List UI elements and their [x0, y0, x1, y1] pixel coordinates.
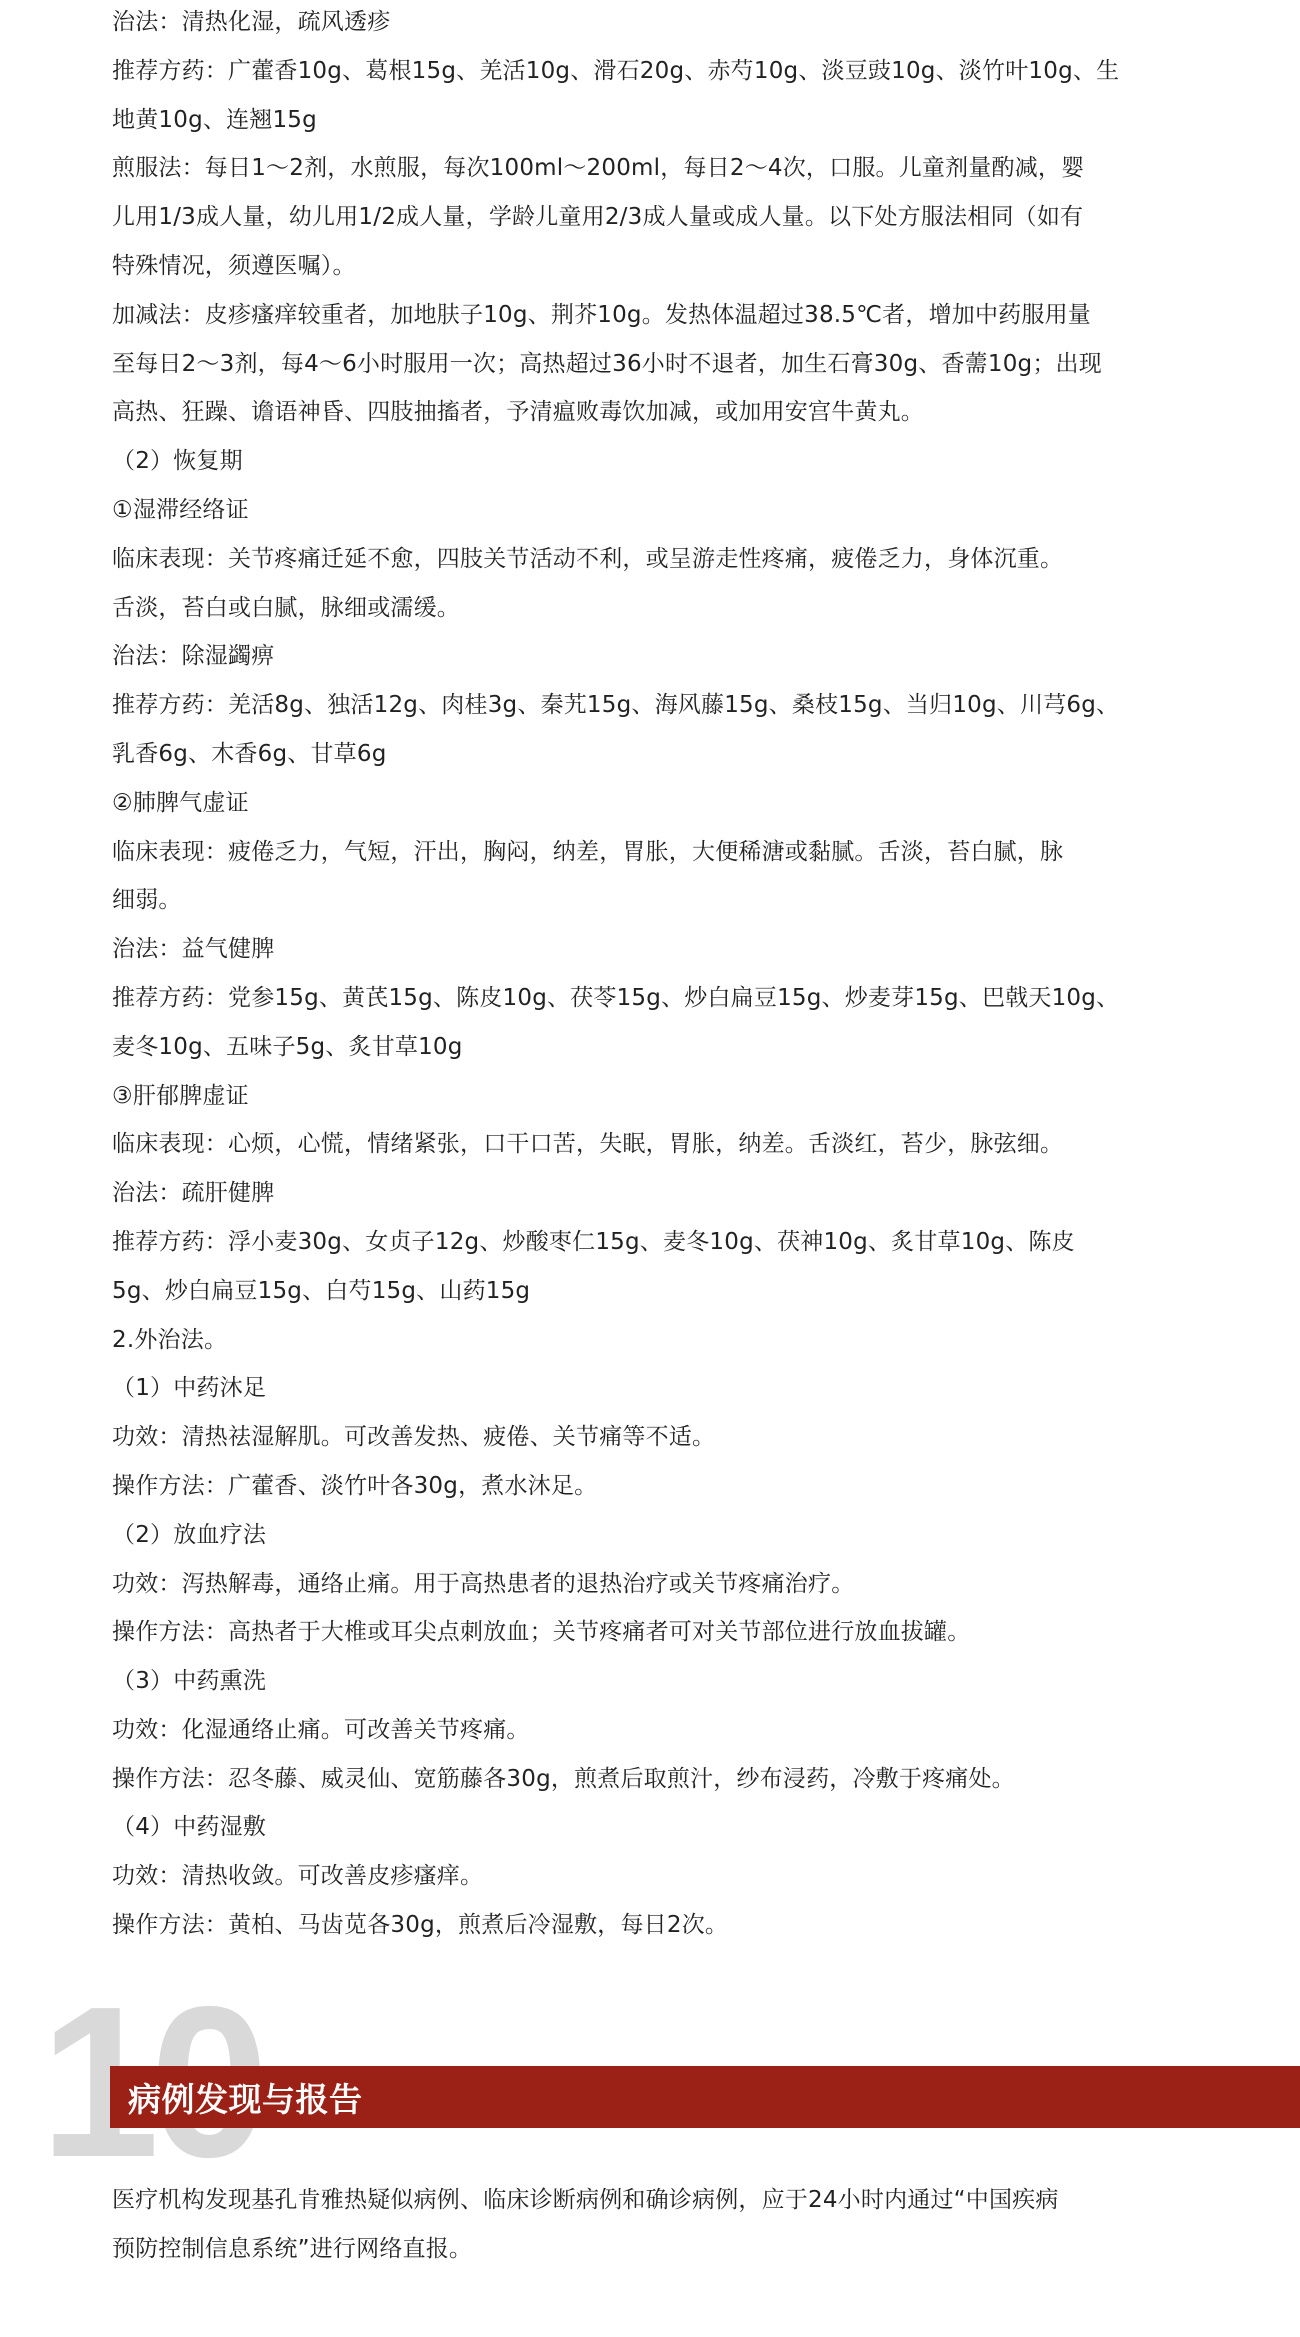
- text-line-efficacy: 功效：泻热解毒，通络止痛。用于高热患者的退热治疗或关节疼痛治疗。: [112, 1560, 1212, 1609]
- report-text: 医疗机构发现基孔肯雅热疑似病例、临床诊断病例和确诊病例，应于24小时内通过“中国…: [112, 2176, 1212, 2274]
- text-line-efficacy: 功效：化湿通络止痛。可改善关节疼痛。: [112, 1706, 1212, 1755]
- subheading-wet-compress: （4）中药湿敷: [112, 1803, 1212, 1852]
- text-line-efficacy: 功效：清热祛湿解肌。可改善发热、疲倦、关节痛等不适。: [112, 1413, 1212, 1462]
- text-line-clinical-manifestation: 临床表现：疲倦乏力，气短，汗出，胸闷，纳差，胃胀，大便稀溏或黏腻。舌淡，苔白腻，…: [112, 828, 1212, 877]
- text-line-decoction-method: 煎服法：每日1～2剂，水煎服，每次100ml～200ml，每日2～4次，口服。儿…: [112, 144, 1212, 193]
- text-line: 至每日2～3剂，每4～6小时服用一次；高热超过36小时不退者，加生石膏30g、香…: [112, 340, 1212, 389]
- text-line-treatment-principle: 治法：疏肝健脾: [112, 1169, 1212, 1218]
- text-line: 特殊情况，须遵医嘱）。: [112, 242, 1212, 291]
- text-line-prescription: 推荐方药：羌活8g、独活12g、肉桂3g、秦艽15g、海风藤15g、桑枝15g、…: [112, 681, 1212, 730]
- subheading-bloodletting: （2）放血疗法: [112, 1511, 1212, 1560]
- text-line: 麦冬10g、五味子5g、炙甘草10g: [112, 1023, 1212, 1072]
- treatment-text: 治法：清热化湿，疏风透疹 推荐方药：广藿香10g、葛根15g、羌活10g、滑石2…: [112, 0, 1212, 1950]
- text-line-efficacy: 功效：清热收敛。可改善皮疹瘙痒。: [112, 1852, 1212, 1901]
- text-line-operation-method: 操作方法：黄柏、马齿苋各30g，煎煮后冷湿敷，每日2次。: [112, 1901, 1212, 1950]
- text-line-modification: 加减法：皮疹瘙痒较重者，加地肤子10g、荆芥10g。发热体温超过38.5℃者，增…: [112, 291, 1212, 340]
- subheading-fumigation: （3）中药熏洗: [112, 1657, 1212, 1706]
- text-line-prescription: 推荐方药：党参15g、黄芪15g、陈皮10g、茯苓15g、炒白扁豆15g、炒麦芽…: [112, 974, 1212, 1023]
- subheading-foot-bath: （1）中药沐足: [112, 1364, 1212, 1413]
- text-line: 高热、狂躁、谵语神昏、四肢抽搐者，予清瘟败毒饮加减，或加用安宫牛黄丸。: [112, 388, 1212, 437]
- text-line-operation-method: 操作方法：高热者于大椎或耳尖点刺放血；关节疼痛者可对关节部位进行放血拔罐。: [112, 1608, 1212, 1657]
- text-line: 儿用1/3成人量，幼儿用1/2成人量，学龄儿童用2/3成人量或成人量。以下处方服…: [112, 193, 1212, 242]
- text-line-treatment-principle: 治法：除湿蠲痹: [112, 632, 1212, 681]
- text-line-report: 医疗机构发现基孔肯雅热疑似病例、临床诊断病例和确诊病例，应于24小时内通过“中国…: [112, 2176, 1212, 2225]
- text-line: 舌淡，苔白或白腻，脉细或濡缓。: [112, 584, 1212, 633]
- text-line-clinical-manifestation: 临床表现：关节疼痛迁延不愈，四肢关节活动不利，或呈游走性疼痛，疲倦乏力，身体沉重…: [112, 535, 1212, 584]
- subheading-syndrome-3: ③肝郁脾虚证: [112, 1072, 1212, 1121]
- subheading-recovery-phase: （2）恢复期: [112, 437, 1212, 486]
- subheading-external-treatment: 2.外治法。: [112, 1316, 1212, 1365]
- text-line-clinical-manifestation: 临床表现：心烦，心慌，情绪紧张，口干口苦，失眠，胃胀，纳差。舌淡红，苔少，脉弦细…: [112, 1120, 1212, 1169]
- text-line-prescription: 推荐方药：浮小麦30g、女贞子12g、炒酸枣仁15g、麦冬10g、茯神10g、炙…: [112, 1218, 1212, 1267]
- text-line: 5g、炒白扁豆15g、白芍15g、山药15g: [112, 1267, 1212, 1316]
- text-line-treatment-principle: 治法：清热化湿，疏风透疹: [112, 0, 1212, 47]
- subheading-syndrome-2: ②肺脾气虚证: [112, 779, 1212, 828]
- text-line-report: 预防控制信息系统”进行网络直报。: [112, 2225, 1212, 2274]
- text-line: 乳香6g、木香6g、甘草6g: [112, 730, 1212, 779]
- text-line-operation-method: 操作方法：忍冬藤、威灵仙、宽筋藤各30g，煎煮后取煎汁，纱布浸药，冷敷于疼痛处。: [112, 1755, 1212, 1804]
- text-line-prescription: 推荐方药：广藿香10g、葛根15g、羌活10g、滑石20g、赤芍10g、淡豆豉1…: [112, 47, 1212, 96]
- text-line: 细弱。: [112, 876, 1212, 925]
- section-title: 病例发现与报告: [128, 2074, 363, 2121]
- text-line-operation-method: 操作方法：广藿香、淡竹叶各30g，煮水沐足。: [112, 1462, 1212, 1511]
- subheading-syndrome-1: ①湿滞经络证: [112, 486, 1212, 535]
- section-header-band: 病例发现与报告: [110, 2066, 1300, 2128]
- text-line: 地黄10g、连翘15g: [112, 96, 1212, 145]
- text-line-treatment-principle: 治法：益气健脾: [112, 925, 1212, 974]
